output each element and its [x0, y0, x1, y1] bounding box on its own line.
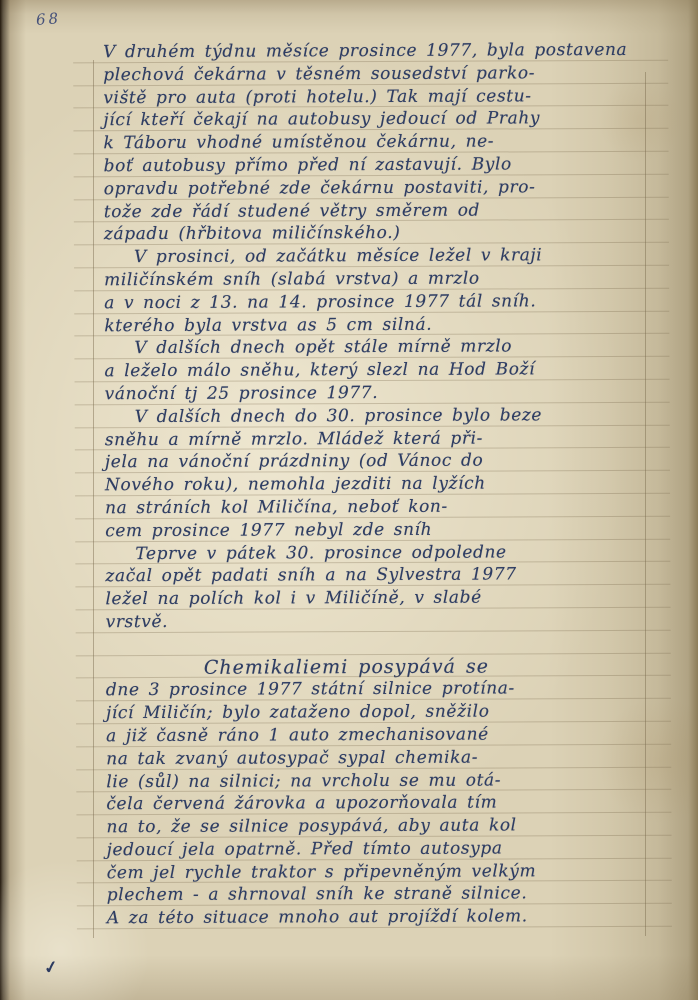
handwritten-text: cem prosince 1977 nebyl zde sníh [105, 519, 432, 543]
handwritten-text: čela červená žárovka a upozorňovala tím [106, 792, 497, 817]
manuscript-line: boť autobusy přímo před ní zastavují. By… [104, 153, 655, 178]
manuscript-line: plechová čekárna v těsném sousedství par… [103, 62, 654, 87]
handwritten-text: a leželo málo sněhu, který slezl na Hod … [104, 358, 535, 383]
manuscript-line: viště pro auta (proti hotelu.) Tak mají … [103, 84, 654, 109]
handwritten-text: k Táboru vhodné umístěnou čekárnu, ne- [103, 131, 494, 156]
page-number: 68 [35, 9, 61, 29]
manuscript-line: na tak zvaný autosypač sypal chemika- [106, 745, 657, 770]
handwritten-text: A za této situace mnoho aut projíždí kol… [107, 906, 528, 931]
handwritten-text: plechem - a shrnoval sníh ke straně siln… [107, 883, 528, 908]
handwritten-text: miličínském sníh (slabá vrstva) a mrzlo [104, 268, 480, 292]
handwritten-text: vrstvě. [106, 611, 169, 634]
blank-line [106, 632, 657, 657]
manuscript-line: plechem - a shrnoval sníh ke straně siln… [107, 882, 658, 907]
manuscript-line: vrstvě. [106, 609, 657, 634]
handwritten-text: dne 3 prosince 1977 státní silnice protí… [106, 678, 515, 703]
manuscript-line: vánoční tj 25 prosince 1977. [105, 381, 656, 406]
manuscript-line: ležel na polích kol i v Miličíně, v slab… [105, 586, 656, 611]
manuscript-line: cem prosince 1977 nebyl zde sníh [105, 518, 656, 543]
handwritten-text: V druhém týdnu měsíce prosince 1977, byl… [103, 39, 627, 64]
handwritten-text: ležel na polích kol i v Miličíně, v slab… [105, 587, 481, 611]
section-heading: Chemikaliemi posypává se [106, 654, 657, 679]
handwritten-text: jedoucí jela opatrně. Před tímto autosyp… [107, 837, 503, 862]
handwritten-text: Chemikaliemi posypává se [106, 655, 489, 679]
manuscript-line: kterého byla vrstva as 5 cm silná. [104, 312, 655, 337]
manuscript-line: Nového roku), nemohla jezditi na lyžích [105, 472, 656, 497]
handwritten-text: V prosinci, od začátku měsíce ležel v kr… [104, 244, 542, 269]
manuscript-line: jedoucí jela opatrně. Před tímto autosyp… [107, 837, 658, 862]
handwritten-text: tože zde řádí studené větry směrem od [104, 199, 480, 223]
manuscript-lines: V druhém týdnu měsíce prosince 1977, byl… [103, 39, 658, 930]
handwritten-text: vánoční tj 25 prosince 1977. [105, 382, 379, 406]
manuscript-line: tože zde řádí studené větry směrem od [104, 198, 655, 223]
handwritten-text: na tak zvaný autosypač sypal chemika- [106, 746, 478, 770]
manuscript-line: západu (hřbitova miličínského.) [104, 221, 655, 246]
manuscript-line: miličínském sníh (slabá vrstva) a mrzlo [104, 267, 655, 292]
handwritten-text: Nového roku), nemohla jezditi na lyžích [105, 473, 486, 497]
manuscript-line: na stráních kol Miličína, neboť kon- [105, 495, 656, 520]
manuscript-line: začal opět padati sníh a na Sylvestra 19… [105, 563, 656, 588]
handwritten-text: sněhu a mírně mrzlo. Mládež která při- [105, 427, 483, 451]
manuscript-line: a již časně ráno 1 auto zmechanisované [106, 723, 657, 748]
handwritten-text: V dalších dnech do 30. prosince bylo bez… [105, 404, 542, 429]
handwritten-text: plechová čekárna v těsném sousedství par… [103, 62, 535, 87]
handwritten-text: jící Miličín; bylo zataženo dopol, sněži… [106, 701, 490, 725]
manuscript-line: opravdu potřebné zde čekárnu postaviti, … [104, 176, 655, 201]
handwritten-text: a v noci z 13. na 14. prosince 1977 tál … [104, 290, 536, 315]
handwritten-text: na stráních kol Miličína, neboť kon- [105, 496, 448, 520]
manuscript-line: lie (sůl) na silnici; na vrcholu se mu o… [106, 768, 657, 793]
manuscript-line: jela na vánoční prázdniny (od Vánoc do [105, 449, 656, 474]
handwritten-text: opravdu potřebné zde čekárnu postaviti, … [104, 176, 536, 201]
manuscript-line: A za této situace mnoho aut projíždí kol… [107, 905, 658, 930]
left-margin-rule [93, 60, 94, 938]
manuscript-line: a leželo málo sněhu, který slezl na Hod … [104, 358, 655, 383]
manuscript-line: čela červená žárovka a upozorňovala tím [106, 791, 657, 816]
handwritten-text: a již časně ráno 1 auto zmechanisované [106, 723, 489, 747]
handwritten-text: západu (hřbitova miličínského.) [104, 222, 401, 246]
handwritten-text: na to, že se silnice posypává, aby auta … [106, 815, 516, 840]
checkmark-icon: ✓ [42, 957, 60, 979]
manuscript-line: jící kteří čekají na autobusy jedoucí od… [103, 107, 654, 132]
manuscript-line: dne 3 prosince 1977 státní silnice protí… [106, 677, 657, 702]
handwritten-text: viště pro auta (proti hotelu.) Tak mají … [103, 85, 531, 110]
manuscript-line: V dalších dnech opět stále mírně mrzlo [104, 335, 655, 360]
manuscript-line: sněhu a mírně mrzlo. Mládež která při- [105, 426, 656, 451]
handwritten-text: jela na vánoční prázdniny (od Vánoc do [105, 450, 483, 474]
manuscript-line: k Táboru vhodné umístěnou čekárnu, ne- [103, 130, 654, 155]
manuscript-line: V druhém týdnu měsíce prosince 1977, byl… [103, 39, 654, 64]
manuscript-line: čem jel rychle traktor s připevněným vel… [107, 859, 658, 884]
handwritten-text: jící kteří čekají na autobusy jedoucí od… [103, 108, 540, 133]
chronicle-page: 68 V druhém týdnu měsíce prosince 1977, … [0, 0, 698, 1000]
handwritten-text: kterého byla vrstva as 5 cm silná. [104, 313, 432, 337]
handwritten-text: boť autobusy přímo před ní zastavují. By… [104, 153, 512, 178]
manuscript-line: a v noci z 13. na 14. prosince 1977 tál … [104, 290, 655, 315]
handwritten-text: začal opět padati sníh a na Sylvestra 19… [105, 564, 516, 589]
manuscript-line: V dalších dnech do 30. prosince bylo bez… [105, 404, 656, 429]
handwritten-text: čem jel rychle traktor s připevněným vel… [107, 860, 537, 885]
handwritten-text: Teprve v pátek 30. prosince odpoledne [105, 541, 506, 566]
handwritten-text: lie (sůl) na silnici; na vrcholu se mu o… [106, 769, 501, 794]
handwritten-text: V dalších dnech opět stále mírně mrzlo [104, 336, 512, 361]
manuscript-line: na to, že se silnice posypává, aby auta … [106, 814, 657, 839]
manuscript-line: V prosinci, od začátku měsíce ležel v kr… [104, 244, 655, 269]
manuscript-line: Teprve v pátek 30. prosince odpoledne [105, 540, 656, 565]
manuscript-line: jící Miličín; bylo zataženo dopol, sněži… [106, 700, 657, 725]
